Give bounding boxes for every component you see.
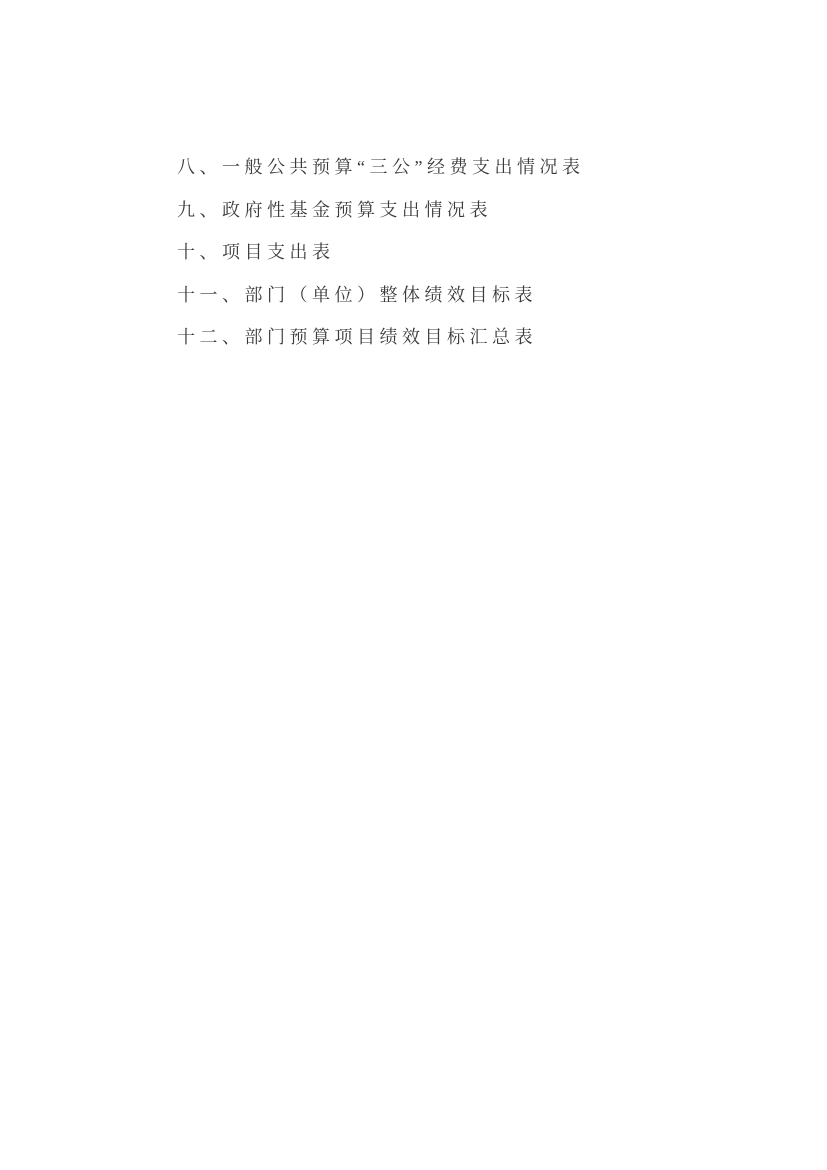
document-page: 八、一般公共预算“三公”经费支出情况表 九、政府性基金预算支出情况表 十、项目支… — [0, 0, 827, 1170]
toc-line: 十二、部门预算项目绩效目标汇总表 — [177, 316, 697, 359]
toc-line: 九、政府性基金预算支出情况表 — [177, 189, 697, 232]
toc-line: 八、一般公共预算“三公”经费支出情况表 — [177, 146, 697, 189]
toc-line: 十、项目支出表 — [177, 231, 697, 274]
toc-list: 八、一般公共预算“三公”经费支出情况表 九、政府性基金预算支出情况表 十、项目支… — [177, 146, 697, 359]
toc-line: 十一、部门（单位）整体绩效目标表 — [177, 274, 697, 317]
